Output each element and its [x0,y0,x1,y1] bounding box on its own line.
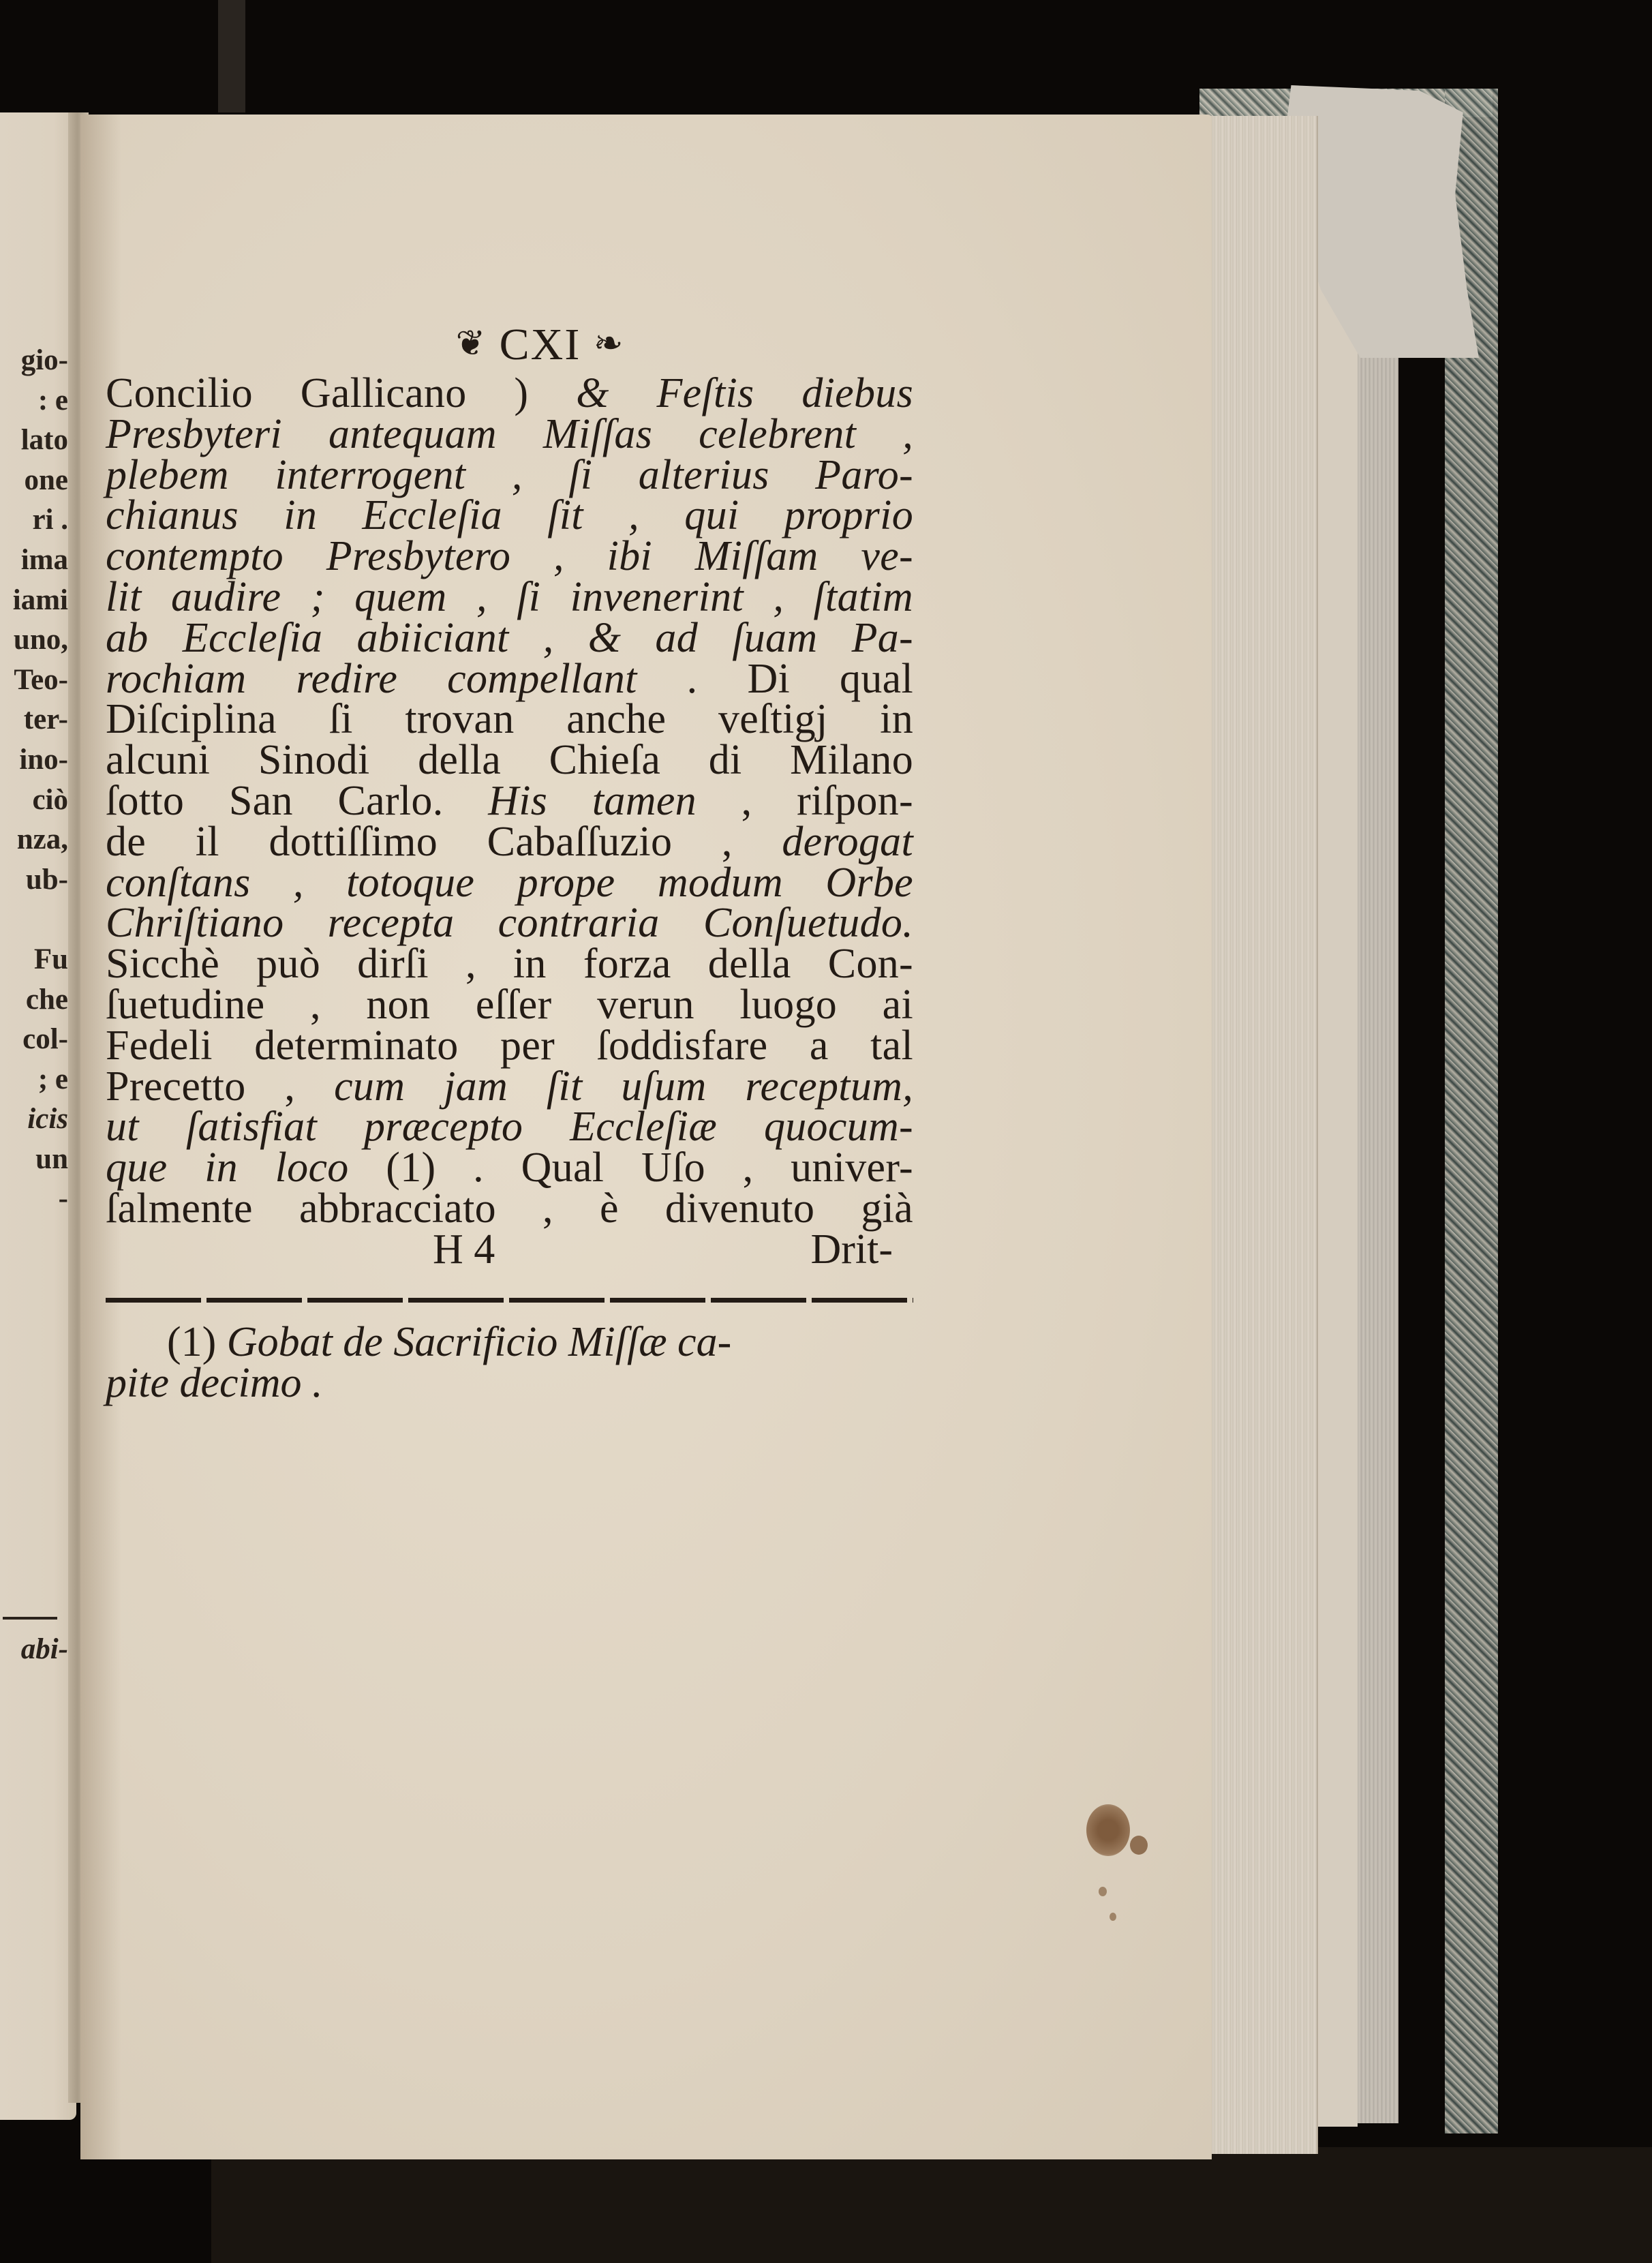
italic-text: His tamen [488,778,697,824]
left-text-line: ter- [0,700,68,740]
text-line: rochiam redire compellant . Di qual [106,659,913,700]
folio-number: CXI [500,320,581,369]
left-text-line: uno, [0,620,68,660]
text-line: conſtans , totoque prope modum Orbe [106,863,913,904]
roman-text: de il dottiſſimo Cabaſſuzio , [106,819,782,865]
footnote-rule [106,1298,913,1303]
italic-text: contempto Presbytero , ibi Miſſam ve- [106,533,913,579]
roman-text: Fedeli determinato per ſoddisfare a tal [106,1022,913,1069]
backdrop [211,2147,1652,2263]
italic-text: Chriſtiano recepta contraria Conſuetudo. [106,900,913,946]
left-text-line: ri . [0,500,68,541]
left-text-line: nza, [0,820,68,860]
text-line: Fedeli determinato per ſoddisfare a tal [106,1026,913,1067]
signature-line: H 4 Drit- [106,1230,913,1271]
left-text-line: ; e [0,1060,68,1100]
text-line: ut ſatisfiat præcepto Eccleſiæ quocum- [106,1107,913,1148]
roman-text: (1) . Qual Uſo , univer- [349,1144,913,1191]
left-text-line: col- [0,1020,68,1060]
page-stack-edge [1317,126,1358,2127]
italic-text: cum jam ſit uſum receptum, [334,1063,913,1110]
italic-text: lit audire ; quem , ſi invenerint , ſtat… [106,574,913,620]
footnote: (1) Gobat de Sacrificio Miſſæ ca- pite d… [106,1322,913,1403]
left-text-line: che [0,980,68,1020]
left-footnote-text: abi- [0,1632,68,1666]
text-line: Diſciplina ſi trovan anche veſtigj in [106,699,913,740]
italic-text: que in loco [106,1144,349,1191]
footnote-mark: (1) [167,1319,216,1365]
ink-stain [1130,1836,1148,1855]
text-line: lit audire ; quem , ſi invenerint , ſtat… [106,577,913,618]
text-line: ſotto San Carlo. His tamen , riſpon- [106,781,913,822]
body-text: Concilio Gallicano ) & Feſtis diebusPres… [106,374,913,1230]
left-text-line: icis [0,1099,68,1140]
italic-text: & Feſtis diebus [576,370,913,416]
text-line: Sicchè può dirſi , in forza della Con- [106,944,913,985]
left-text-line: Teo- [0,660,68,701]
ink-stain [1099,1887,1107,1896]
left-text-line: ciò [0,780,68,821]
italic-text: plebem interrogent , ſi alterius Paro- [106,452,913,498]
left-text-line [0,900,68,940]
text-line: ſalmente abbracciato , è divenuto già [106,1189,913,1230]
ink-stain [1086,1804,1130,1856]
roman-text: , riſpon- [697,778,913,824]
left-text-line: ub- [0,860,68,900]
left-text-line: one [0,461,68,501]
left-text-line: ima [0,541,68,581]
roman-text: Precetto , [106,1063,334,1110]
italic-text: conſtans , totoque prope modum Orbe [106,860,913,906]
text-line: ab Eccleſia abiiciant , & ad ſuam Pa- [106,618,913,659]
ink-stain [1110,1913,1116,1921]
italic-text: rochiam redire compellant [106,656,637,702]
roman-text: alcuni Sinodi della Chieſa di Milano [106,737,913,783]
text-line: Concilio Gallicano ) & Feſtis diebus [106,374,913,414]
roman-text: Diſciplina ſi trovan anche veſtigj in [106,696,913,742]
left-text-line: ino- [0,740,68,780]
text-line: de il dottiſſimo Cabaſſuzio , derogat [106,822,913,863]
italic-text: Presbyteri antequam Miſſas celebrent , [106,411,913,457]
roman-text: ſuetudine , non eſſer verun luogo ai [106,982,913,1028]
left-text-line: - [0,1179,68,1219]
page-text-block: ❦ CXI ❧ Concilio Gallicano ) & Feſtis di… [106,320,913,1403]
text-line: Precetto , cum jam ſit uſum receptum, [106,1067,913,1108]
left-text-line: gio- [0,341,68,381]
italic-text: ab Eccleſia abiiciant , & ad ſuam Pa- [106,615,913,661]
text-line: plebem interrogent , ſi alterius Paro- [106,455,913,496]
left-text-line: un [0,1140,68,1180]
catchword: Drit- [810,1230,893,1271]
text-line: que in loco (1) . Qual Uſo , univer- [106,1148,913,1189]
left-page-text: gio-: elatooneri .imaiamiuno,Teo-ter-ino… [0,341,68,1219]
roman-text: . Di qual [637,656,913,702]
left-text-line: iami [0,581,68,621]
italic-text: derogat [782,819,913,865]
roman-text: ſotto San Carlo. [106,778,488,824]
page-stack-edge [1206,116,1318,2154]
left-footnote-rule [3,1617,57,1620]
text-line: Chriſtiano recepta contraria Conſuetudo. [106,903,913,944]
text-line: alcuni Sinodi della Chieſa di Milano [106,740,913,781]
italic-text: chianus in Eccleſia ſit , qui proprio [106,492,913,538]
text-line: ſuetudine , non eſſer verun luogo ai [106,985,913,1026]
roman-text: Concilio Gallicano ) [106,370,576,416]
signature-mark: H 4 [433,1230,495,1271]
text-line: contempto Presbytero , ibi Miſſam ve- [106,536,913,577]
running-head: ❦ CXI ❧ [106,320,913,374]
footnote-text: Gobat de Sacrificio Miſſæ ca- [216,1319,731,1365]
footnote-text: pite decimo . [106,1363,913,1403]
text-line: Presbyteri antequam Miſſas celebrent , [106,414,913,455]
roman-text: ſalmente abbracciato , è divenuto già [106,1185,913,1232]
backdrop [218,0,245,112]
text-line: chianus in Eccleſia ſit , qui proprio [106,496,913,536]
marbled-cover-board [1445,89,1498,2133]
fleuron-left-icon: ❦ [456,324,487,363]
roman-text: Sicchè può dirſi , in forza della Con- [106,941,913,987]
left-text-line: : e [0,381,68,421]
left-text-line: lato [0,421,68,461]
page-stack-edge [1358,133,1398,2123]
italic-text: ut ſatisfiat præcepto Eccleſiæ quocum- [106,1104,913,1150]
fleuron-right-icon: ❧ [594,324,625,363]
left-text-line: Fu [0,940,68,980]
